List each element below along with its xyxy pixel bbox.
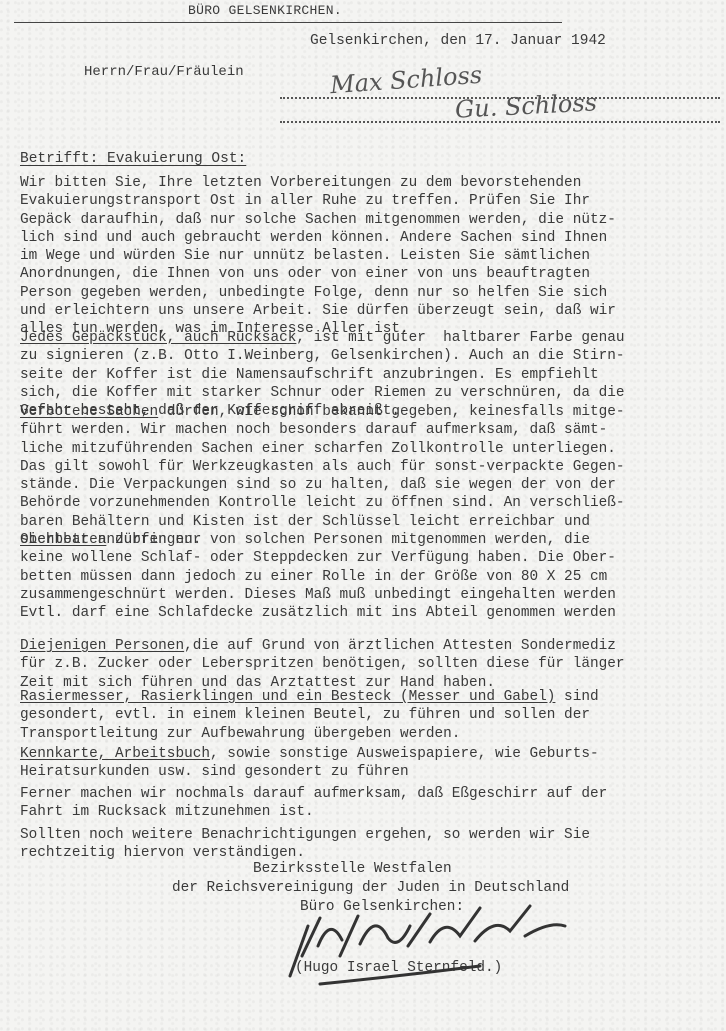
office-header: BÜRO GELSENKIRCHEN. [188, 3, 342, 18]
underlined-heading: Diejenigen Personen [20, 638, 184, 654]
paragraph-line: keine wollene Schlaf- oder Steppdecken z… [20, 549, 616, 567]
paragraph-line: Das gilt sowohl für Werkzeugkasten als a… [20, 458, 625, 476]
handwritten-recipient-2: Gu. Schloss [454, 88, 597, 123]
paragraph-line: rechtzeitig hiervon verständigen. [20, 844, 590, 862]
paragraph: Sollten noch weitere Benachrichtigungen … [20, 826, 590, 863]
paragraph-line: Ferner machen wir nochmals darauf aufmer… [20, 785, 607, 803]
paragraph-line: zusammengeschnürt werden. Dieses Maß muß… [20, 586, 616, 604]
paragraph-line: stände. Die Verpackungen sind so zu halt… [20, 476, 625, 494]
closing-office: Bezirksstelle Westfalen [253, 861, 452, 877]
paragraph-line: seite der Koffer ist die Namensaufschrif… [20, 366, 625, 384]
paragraph-line: Behörde vorzunehmenden Kontrolle leicht … [20, 494, 625, 512]
paragraph: Ferner machen wir nochmals darauf aufmer… [20, 785, 607, 822]
paragraph-line: sich, die Koffer mit starker Schnur oder… [20, 384, 625, 402]
paragraph-line: und erleichtern uns unsere Arbeit. Sie d… [20, 302, 616, 320]
handwritten-recipient-1: Max Schloss [329, 61, 483, 100]
paragraph-line: baren Behältern und Kisten ist der Schlü… [20, 513, 625, 531]
paragraph-text: , ist mit guter haltbarer Farbe genau [296, 330, 624, 346]
paragraph-line: zu signieren (z.B. Otto I.Weinberg, Gels… [20, 347, 625, 365]
subject-line: Betrifft: Evakuierung Ost: [20, 151, 246, 167]
paragraph-line: Diejenigen Personen,die auf Grund von är… [20, 637, 625, 655]
paragraph-text: dürfen nur von solchen Personen mitgenom… [106, 532, 590, 548]
header-rule [14, 22, 562, 23]
paragraph-line: lich sind und auch gebraucht werden könn… [20, 229, 616, 247]
paragraph-line: liche mitzuführenden Sachen einer scharf… [20, 440, 625, 458]
paragraph-line: Heiratsurkunden usw. sind gesondert zu f… [20, 763, 599, 781]
paragraph-text: , sowie sonstige Ausweispapiere, wie Geb… [210, 746, 599, 762]
paragraph-text: ,die auf Grund von ärztlichen Attesten S… [184, 638, 616, 654]
closing-organization: der Reichsvereinigung der Juden in Deuts… [172, 880, 569, 896]
paragraph-line: Jedes Gepäckstück, auch Rucksack, ist mi… [20, 329, 625, 347]
paragraph-line: Kennkarte, Arbeitsbuch, sowie sonstige A… [20, 745, 599, 763]
date-line: Gelsenkirchen, den 17. Januar 1942 [310, 33, 606, 49]
paragraph: Verbotene Sachen dürfen, wie schon bekan… [20, 403, 625, 549]
signature-scribble [280, 896, 600, 986]
paragraph-line: Evtl. darf eine Schlafdecke zusätzlich m… [20, 604, 616, 622]
paragraph-line: Transportleitung zur Aufbewahrung überge… [20, 725, 599, 743]
paragraph-line: Person gegeben werden, unbedingte Folge,… [20, 284, 616, 302]
paragraph-line: Rasiermesser, Rasierklingen und ein Best… [20, 688, 599, 706]
paragraph-line: Fahrt im Rucksack mitzunehmen ist. [20, 803, 607, 821]
paragraph: Kennkarte, Arbeitsbuch, sowie sonstige A… [20, 745, 599, 782]
paragraph-line: im Wege und würden Sie nur unnütz belast… [20, 247, 616, 265]
paragraph-line: Oberbetten dürfen nur von solchen Person… [20, 531, 616, 549]
paragraph-line: Evakuierungstransport Ost in aller Ruhe … [20, 192, 616, 210]
paragraph: Rasiermesser, Rasierklingen und ein Best… [20, 688, 599, 743]
paragraph-line: Wir bitten Sie, Ihre letzten Vorbereitun… [20, 174, 616, 192]
underlined-heading: Oberbetten [20, 532, 106, 548]
paragraph-line: betten müssen dann jedoch zu einer Rolle… [20, 568, 616, 586]
paragraph-line: Verbotene Sachen dürfen, wie schon bekan… [20, 403, 625, 421]
paragraph-text: sind [555, 689, 598, 705]
paragraph-line: gesondert, evtl. in einem kleinen Beutel… [20, 706, 599, 724]
paragraph-line: für z.B. Zucker oder Leberspritzen benöt… [20, 655, 625, 673]
paragraph-text: dürfen, wie schon bekannt gegeben, keine… [158, 404, 624, 420]
salutation-label: Herrn/Frau/Fräulein [84, 64, 244, 80]
paragraph-line: Gepäck daraufhin, daß nur solche Sachen … [20, 211, 616, 229]
paragraph: Oberbetten dürfen nur von solchen Person… [20, 531, 616, 622]
paragraph-line: Sollten noch weitere Benachrichtigungen … [20, 826, 590, 844]
underlined-heading: Verbotene Sachen [20, 404, 158, 420]
underlined-heading: Jedes Gepäckstück, auch Rucksack [20, 330, 296, 346]
paragraph-line: führt werden. Wir machen noch besonders … [20, 421, 625, 439]
paragraph: Diejenigen Personen,die auf Grund von är… [20, 637, 625, 692]
paragraph: Wir bitten Sie, Ihre letzten Vorbereitun… [20, 174, 616, 339]
paragraph-line: Anordnungen, die Ihnen von uns oder von … [20, 265, 616, 283]
underlined-heading: Rasiermesser, Rasierklingen und ein Best… [20, 689, 555, 705]
underlined-heading: Kennkarte, Arbeitsbuch [20, 746, 210, 762]
